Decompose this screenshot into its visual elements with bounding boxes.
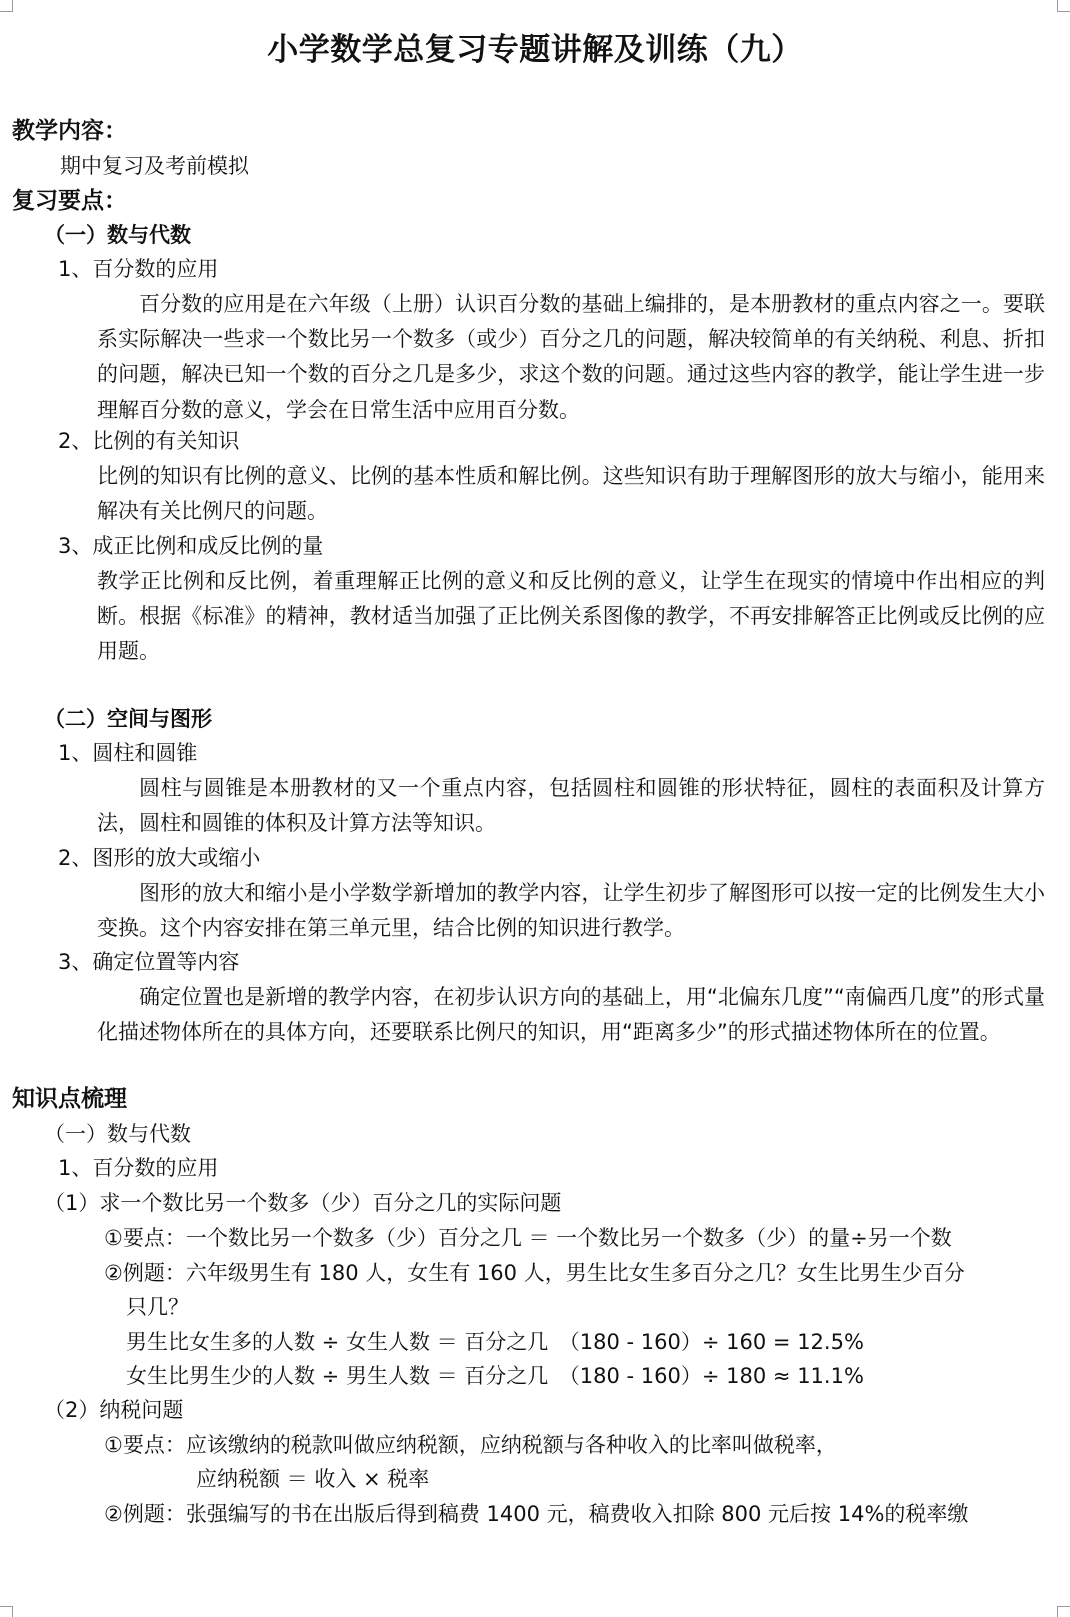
section-number-algebra-heading: （一）数与代数 xyxy=(44,218,191,252)
sub-topic-heading: （1）求一个数比另一个数多（少）百分之几的实际问题 xyxy=(44,1186,561,1220)
page-corner-mark xyxy=(0,1606,13,1617)
formula: 女生比男生少的人数 ÷ 男生人数 ＝ 百分之几 （180 - 160）÷ 180… xyxy=(126,1359,864,1393)
teaching-content-heading: 教学内容： xyxy=(12,114,127,148)
item-paragraph: 圆柱与圆锥是本册教材的又一个重点内容，包括圆柱和圆锥的形状特征，圆柱的表面积及计… xyxy=(97,771,1045,841)
item-label: 1、百分数的应用 xyxy=(58,252,218,286)
page-corner-mark xyxy=(1057,1606,1070,1617)
example-problem: ②例题：六年级男生有 180 人，女生有 160 人，男生比女生多百分之几？女生… xyxy=(104,1256,965,1290)
item-label: 2、图形的放大或缩小 xyxy=(58,841,260,875)
sub-topic-heading: （2）纳税问题 xyxy=(44,1393,183,1427)
formula: 男生比女生多的人数 ÷ 女生人数 ＝ 百分之几 （180 - 160）÷ 160… xyxy=(126,1325,864,1359)
example-problem: ②例题：张强编写的书在出版后得到稿费 1400 元，稿费收入扣除 800 元后按… xyxy=(104,1497,968,1531)
item-label: 3、确定位置等内容 xyxy=(58,945,239,979)
key-point: ①要点：一个数比另一个数多（少）百分之几 ＝ 一个数比另一个数多（少）的量÷另一… xyxy=(104,1221,952,1255)
knowledge-section-heading: （一）数与代数 xyxy=(44,1117,191,1151)
item-paragraph: 确定位置也是新增的教学内容，在初步认识方向的基础上，用“北偏东几度”“南偏西几度… xyxy=(97,980,1045,1050)
item-paragraph: 百分数的应用是在六年级（上册）认识百分数的基础上编排的，是本册教材的重点内容之一… xyxy=(97,287,1045,428)
key-point: ①要点：应该缴纳的税款叫做应纳税额，应纳税额与各种收入的比率叫做税率， xyxy=(104,1428,837,1462)
knowledge-heading: 知识点梳理 xyxy=(12,1082,127,1116)
document-title: 小学数学总复习专题讲解及训练（九） xyxy=(0,24,1070,69)
teaching-content-text: 期中复习及考前模拟 xyxy=(60,149,249,183)
item-label: 3、成正比例和成反比例的量 xyxy=(58,529,323,563)
page-corner-mark xyxy=(1057,0,1070,12)
item-label: 2、比例的有关知识 xyxy=(58,424,239,458)
item-label: 1、圆柱和圆锥 xyxy=(58,736,197,770)
item-paragraph: 比例的知识有比例的意义、比例的基本性质和解比例。这些知识有助于理解图形的放大与缩… xyxy=(97,459,1045,529)
section-geometry-heading: （二）空间与图形 xyxy=(44,702,212,736)
review-points-heading: 复习要点： xyxy=(12,184,127,218)
item-paragraph: 图形的放大和缩小是小学数学新增加的教学内容，让学生初步了解图形可以按一定的比例发… xyxy=(97,876,1045,946)
page-corner-mark xyxy=(0,0,13,12)
item-paragraph: 教学正比例和反比例，着重理解正比例的意义和反比例的意义，让学生在现实的情境中作出… xyxy=(97,564,1045,670)
formula: 应纳税额 ＝ 收入 × 税率 xyxy=(196,1462,429,1496)
example-problem-continued: 只几？ xyxy=(126,1290,189,1324)
knowledge-item-label: 1、百分数的应用 xyxy=(58,1151,218,1185)
